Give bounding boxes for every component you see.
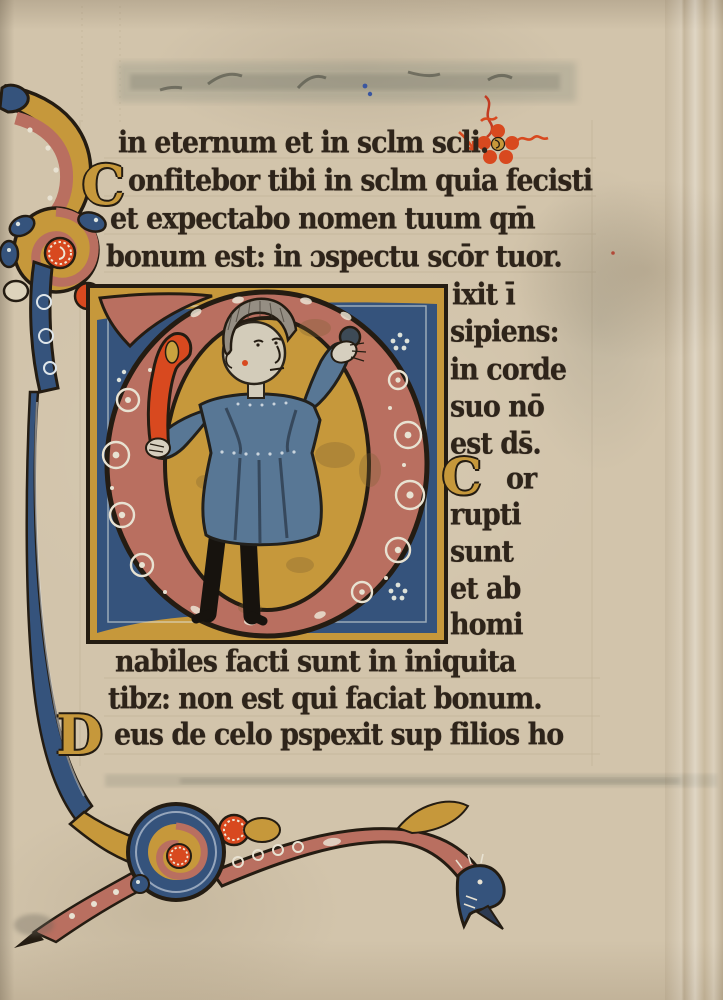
col-line-8: sunt [450, 535, 513, 569]
tunic [200, 394, 321, 545]
cheek-dot [242, 360, 248, 366]
col-line-3: in corde [450, 353, 566, 387]
bottom-border-flourish [14, 802, 504, 948]
initial-d-panel [86, 284, 448, 644]
psalm-line-5: nabiles facti sunt in iniquita [115, 645, 515, 679]
psalm-line-6: tibz: non est qui faciat bonum. [108, 682, 542, 716]
initial-c-corrupti: C [442, 452, 482, 502]
manuscript-page-photo: in eternum et in sclm scli. C onfitebor … [0, 0, 723, 1000]
col-line-2: sipiens: [450, 315, 559, 349]
col-line-9: et ab [450, 572, 520, 606]
psalm-line-7: eus de celo pspexit sup filios ho [114, 718, 563, 752]
book-fore-edge [665, 0, 723, 1000]
col-line-1: ixit ī [452, 278, 515, 312]
psalm-line-1: in eternum et in sclm scli. [118, 126, 488, 160]
initial-d-deus: D [56, 708, 103, 762]
club-hand [146, 439, 170, 458]
col-line-6: or [506, 462, 536, 496]
psalm-line-4: bonum est: in ɔspectu scōr tuor. [106, 240, 562, 274]
col-line-7: rupti [450, 498, 520, 532]
col-line-10: homi [450, 608, 522, 642]
psalm-line-3: et expectabo nomen tuum qm̄ [110, 202, 535, 236]
psalm-line-2: onfitebor tibi in sclm quia fecisti [128, 164, 592, 198]
col-line-4: suo nō [450, 390, 544, 424]
